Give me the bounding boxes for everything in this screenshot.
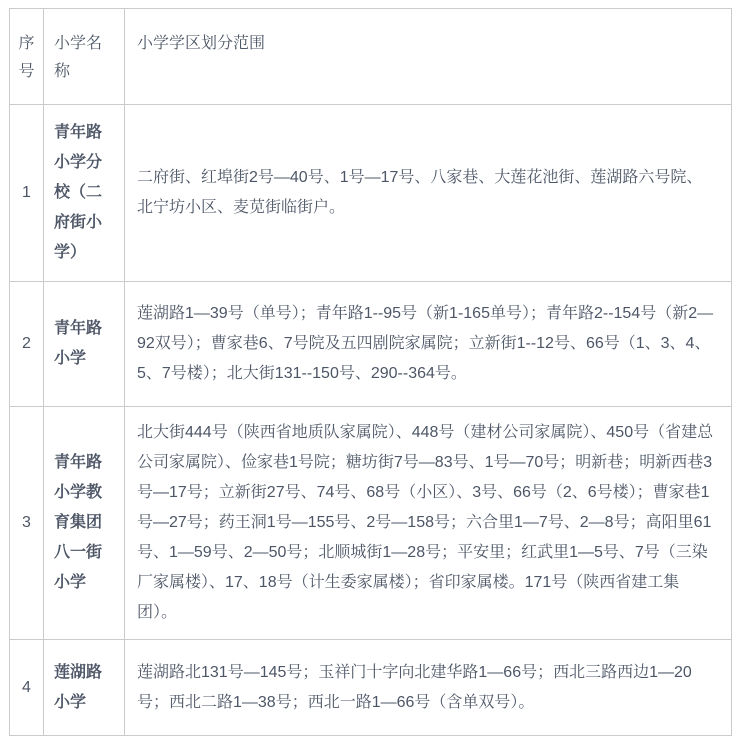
district-range-cell: 二府街、红埠街2号—40号、1号—17号、八家巷、大莲花池街、莲湖路六号院、北宁… <box>125 105 732 282</box>
table-row: 1 青年路小学分校（二府街小学） 二府街、红埠街2号—40号、1号—17号、八家… <box>10 105 732 282</box>
school-district-table: 序号 小学名称 小学学区划分范围 1 青年路小学分校（二府街小学） 二府街、红埠… <box>9 8 732 736</box>
district-range-cell: 莲湖路北131号—145号；玉祥门十字向北建华路1—66号；西北三路西边1—20… <box>125 640 732 736</box>
header-row-number: 序号 <box>10 9 44 105</box>
school-name-cell: 青年路小学教育集团八一街小学 <box>44 407 125 640</box>
district-range-cell: 莲湖路1—39号（单号）；青年路1--95号（新1-165单号）；青年路2--1… <box>125 282 732 407</box>
table-row: 3 青年路小学教育集团八一街小学 北大街444号（陕西省地质队家属院）、448号… <box>10 407 732 640</box>
district-range-cell: 北大街444号（陕西省地质队家属院）、448号（建材公司家属院）、450号（省建… <box>125 407 732 640</box>
school-name-cell: 青年路小学 <box>44 282 125 407</box>
row-number-cell: 3 <box>10 407 44 640</box>
row-number-cell: 2 <box>10 282 44 407</box>
table-row: 2 青年路小学 莲湖路1—39号（单号）；青年路1--95号（新1-165单号）… <box>10 282 732 407</box>
page: 序号 小学名称 小学学区划分范围 1 青年路小学分校（二府街小学） 二府街、红埠… <box>0 8 740 745</box>
row-number-cell: 4 <box>10 640 44 736</box>
table-row: 4 莲湖路小学 莲湖路北131号—145号；玉祥门十字向北建华路1—66号；西北… <box>10 640 732 736</box>
header-school-name: 小学名称 <box>44 9 125 105</box>
school-name-cell: 莲湖路小学 <box>44 640 125 736</box>
header-district-range: 小学学区划分范围 <box>125 9 732 105</box>
school-name-cell: 青年路小学分校（二府街小学） <box>44 105 125 282</box>
table-header-row: 序号 小学名称 小学学区划分范围 <box>10 9 732 105</box>
row-number-cell: 1 <box>10 105 44 282</box>
